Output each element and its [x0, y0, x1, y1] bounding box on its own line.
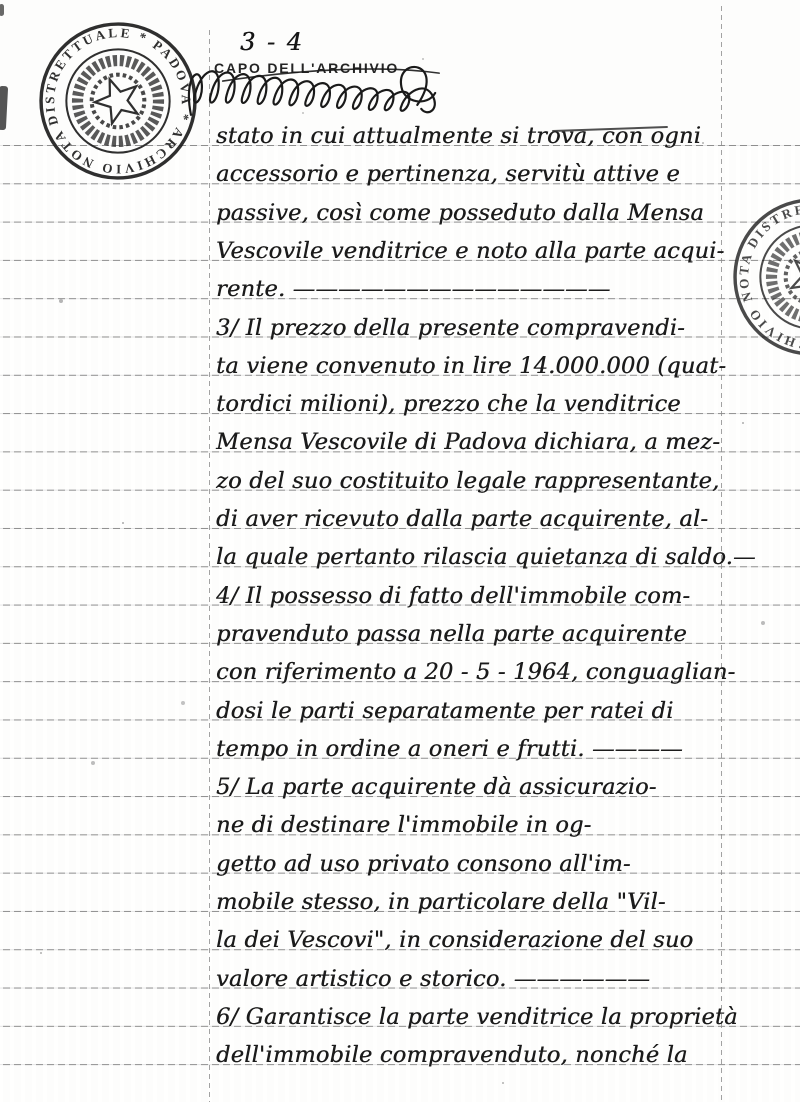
manuscript-line: passive, così come posseduto dalla Mensa: [216, 195, 794, 231]
manuscript-line: pravenduto passa nella parte acquirente: [216, 616, 794, 652]
manuscript-line: getto ad uso privato consono all'im-: [216, 846, 794, 882]
manuscript-line: stato in cui attualmente si trova, con o…: [216, 118, 794, 154]
manuscript-line: Vescovile venditrice e noto alla parte a…: [216, 233, 794, 269]
sheet-number: 3 - 4: [240, 28, 304, 56]
manuscript-line: di aver ricevuto dalla parte acquirente,…: [216, 501, 794, 537]
manuscript-line: tempo in ordine a oneri e frutti. ————: [216, 731, 794, 767]
manuscript-line: Mensa Vescovile di Padova dichiara, a me…: [216, 424, 794, 460]
manuscript-line: 5/ La parte acquirente dà assicurazio-: [216, 769, 794, 805]
manuscript-line: dosi le parti separatamente per ratei di: [216, 693, 794, 729]
manuscript-line: la quale pertanto rilascia quietanza di …: [216, 539, 794, 575]
manuscript-line: ne di destinare l'immobile in og-: [216, 807, 794, 843]
manuscript-line: 6/ Garantisce la parte venditrice la pro…: [216, 999, 794, 1035]
scanned-document-page: DISTRETTUALE * PADOVA * ARCHIVIO NOTARIL…: [0, 0, 800, 1102]
manuscript-line: 4/ Il possesso di fatto dell'immobile co…: [216, 578, 794, 614]
manuscript-line: dell'immobile compravenduto, nonché la: [216, 1037, 794, 1073]
ink-smudge: [0, 4, 4, 16]
manuscript-line: zo del suo costituito legale rappresenta…: [216, 463, 794, 499]
manuscript-line: valore artistico e storico. ——————: [216, 961, 794, 997]
left-margin-line: [209, 30, 210, 1102]
manuscript-line: tordici milioni), prezzo che la venditri…: [216, 386, 794, 422]
manuscript-line: rente. ——————————————: [216, 271, 794, 307]
manuscript-line: accessorio e pertinenza, servitù attive …: [216, 156, 794, 192]
paper-noise: [0, 0, 2, 2]
manuscript-line: ta viene convenuto in lire 14.000.000 (q…: [216, 348, 794, 384]
manuscript-line: 3/ Il prezzo della presente compravendi-: [216, 310, 794, 346]
manuscript-line: la dei Vescovi", in considerazione del s…: [216, 922, 794, 958]
manuscript-line: con riferimento a 20 - 5 - 1964, conguag…: [216, 654, 794, 690]
manuscript-line: mobile stesso, in particolare della "Vil…: [216, 884, 794, 920]
ink-smudge: [0, 86, 8, 130]
